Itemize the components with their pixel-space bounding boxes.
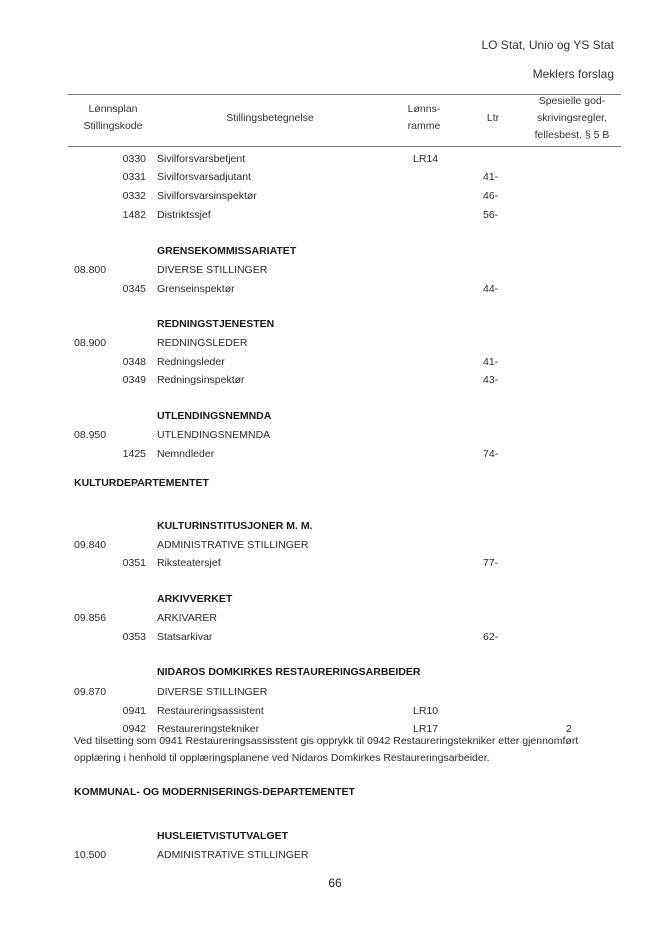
table-row: 0942RestaureringsteknikerLR172 xyxy=(0,716,670,734)
table-row: 08.800DIVERSE STILLINGER xyxy=(0,257,670,275)
lonnsplan-cell: 08.900 xyxy=(74,337,106,349)
table-row: 10.500ADMINISTRATIVE STILLINGER xyxy=(0,842,670,860)
ltr-cell: 43- xyxy=(483,374,498,386)
ltr-cell: 56- xyxy=(483,209,498,221)
table-row: 0348Redningsleder41- xyxy=(0,349,670,367)
stillingskode-cell: 1425 xyxy=(100,448,146,460)
stillingsbetegnelse-cell: Sivilforsvarsadjutant xyxy=(157,171,251,183)
section-heading-row: KULTURINSTITUSJONER M. M. xyxy=(0,513,670,531)
stillingsbetegnelse-cell: ARKIVVERKET xyxy=(157,593,232,605)
table-row: 0351Riksteatersjef77- xyxy=(0,550,670,568)
ltr-cell: 41- xyxy=(483,171,498,183)
stillingsbetegnelse-cell: Redningsinspektør xyxy=(157,374,245,386)
department-heading: KOMMUNAL- OG MODERNISERINGS-DEPARTEMENTE… xyxy=(74,786,355,798)
lonnsplan-cell: 08.800 xyxy=(74,264,106,276)
stillingskode-cell: 0331 xyxy=(100,171,146,183)
stillingsbetegnelse-cell: UTLENDINGSNEMNDA xyxy=(157,410,271,422)
header-spesielle: Spesielle god- skrivingsregler, fellesbe… xyxy=(522,93,622,144)
table-row: 09.840ADMINISTRATIVE STILLINGER xyxy=(0,532,670,550)
document-subtitle: Meklers forslag xyxy=(533,67,614,81)
department-heading: KULTURDEPARTEMENTET xyxy=(74,477,209,489)
note-paragraph: Ved tilsetting som 0941 Restaureringsass… xyxy=(74,733,634,767)
table-row: 08.900REDNINGSLEDER xyxy=(0,330,670,348)
stillingsbetegnelse-cell: ARKIVARER xyxy=(157,612,217,624)
section-heading-row: HUSLEIETVISTUTVALGET xyxy=(0,823,670,841)
header-lonnsramme: Lønns- ramme xyxy=(393,101,455,135)
lonnsplan-cell: 09.856 xyxy=(74,612,106,624)
stillingsbetegnelse-cell: HUSLEIETVISTUTVALGET xyxy=(157,830,288,842)
table-row: 08.950UTLENDINGSNEMNDA xyxy=(0,422,670,440)
page-number: 66 xyxy=(0,876,670,890)
ltr-cell: 77- xyxy=(483,557,498,569)
stillingsbetegnelse-cell: REDNINGSLEDER xyxy=(157,337,247,349)
stillingsbetegnelse-cell: Distriktssjef xyxy=(157,209,211,221)
table-row: 0330SivilforsvarsbetjentLR14 xyxy=(0,146,670,164)
stillingsbetegnelse-cell: REDNINGSTJENESTEN xyxy=(157,318,274,330)
table-row: 0349Redningsinspektør43- xyxy=(0,367,670,385)
section-heading-row: UTLENDINGSNEMNDA xyxy=(0,403,670,421)
table-row: 1482Distriktssjef56- xyxy=(0,202,670,220)
table-row: 0331Sivilforsvarsadjutant41- xyxy=(0,164,670,182)
ltr-cell: 74- xyxy=(483,448,498,460)
table-row: 09.856ARKIVARER xyxy=(0,605,670,623)
table-row: 09.870DIVERSE STILLINGER xyxy=(0,679,670,697)
stillingsbetegnelse-cell: UTLENDINGSNEMNDA xyxy=(157,429,270,441)
header-ltr: Ltr xyxy=(470,110,516,127)
lonnsplan-cell: 08.950 xyxy=(74,429,106,441)
stillingskode-cell: 1482 xyxy=(100,209,146,221)
table-row: 0345Grenseinspektør44- xyxy=(0,276,670,294)
stillingsbetegnelse-cell: Statsarkivar xyxy=(157,631,212,643)
ltr-cell: 62- xyxy=(483,631,498,643)
stillingskode-cell: 0349 xyxy=(100,374,146,386)
header-stillingsbetegnelse: Stillingsbetegnelse xyxy=(160,110,380,127)
stillingsbetegnelse-cell: GRENSEKOMMISSARIATET xyxy=(157,245,296,257)
stillingskode-cell: 0332 xyxy=(100,190,146,202)
table-row: 0941RestaureringsassistentLR10 xyxy=(0,698,670,716)
table-row: 0353Statsarkivar62- xyxy=(0,624,670,642)
stillingsbetegnelse-cell: DIVERSE STILLINGER xyxy=(157,264,267,276)
table-row: 0332Sivilforsvarsinspektør46- xyxy=(0,183,670,201)
note-line: opplæring i henhold til opplæringsplanen… xyxy=(74,750,634,767)
stillingsbetegnelse-cell: Riksteatersjef xyxy=(157,557,221,569)
stillingsbetegnelse-cell: DIVERSE STILLINGER xyxy=(157,686,267,698)
lonnsplan-cell: 09.870 xyxy=(74,686,106,698)
stillingsbetegnelse-cell: Nemndleder xyxy=(157,448,214,460)
section-heading-row: GRENSEKOMMISSARIATET xyxy=(0,238,670,256)
document-party-header: LO Stat, Unio og YS Stat xyxy=(481,38,614,52)
section-heading-row: ARKIVVERKET xyxy=(0,586,670,604)
stillingsbetegnelse-cell: Grenseinspektør xyxy=(157,283,235,295)
stillingsbetegnelse-cell: NIDAROS DOMKIRKES RESTAURERINGSARBEIDER xyxy=(157,666,421,678)
stillingskode-cell: 0353 xyxy=(100,631,146,643)
section-heading-row: REDNINGSTJENESTEN xyxy=(0,311,670,329)
stillingsbetegnelse-cell: ADMINISTRATIVE STILLINGER xyxy=(157,849,309,861)
stillingskode-cell: 0345 xyxy=(100,283,146,295)
table-row: 1425Nemndleder74- xyxy=(0,441,670,459)
lonnsplan-cell: 10.500 xyxy=(74,849,106,861)
stillingsbetegnelse-cell: KULTURINSTITUSJONER M. M. xyxy=(157,520,313,532)
ltr-cell: 46- xyxy=(483,190,498,202)
stillingsbetegnelse-cell: Sivilforsvarsinspektør xyxy=(157,190,257,202)
section-heading-row: NIDAROS DOMKIRKES RESTAURERINGSARBEIDER xyxy=(0,659,670,677)
stillingskode-cell: 0351 xyxy=(100,557,146,569)
header-lonnsplan: Lønnsplan Stillingskode xyxy=(70,101,156,135)
ltr-cell: 44- xyxy=(483,283,498,295)
note-line: Ved tilsetting som 0941 Restaureringsass… xyxy=(74,733,634,750)
